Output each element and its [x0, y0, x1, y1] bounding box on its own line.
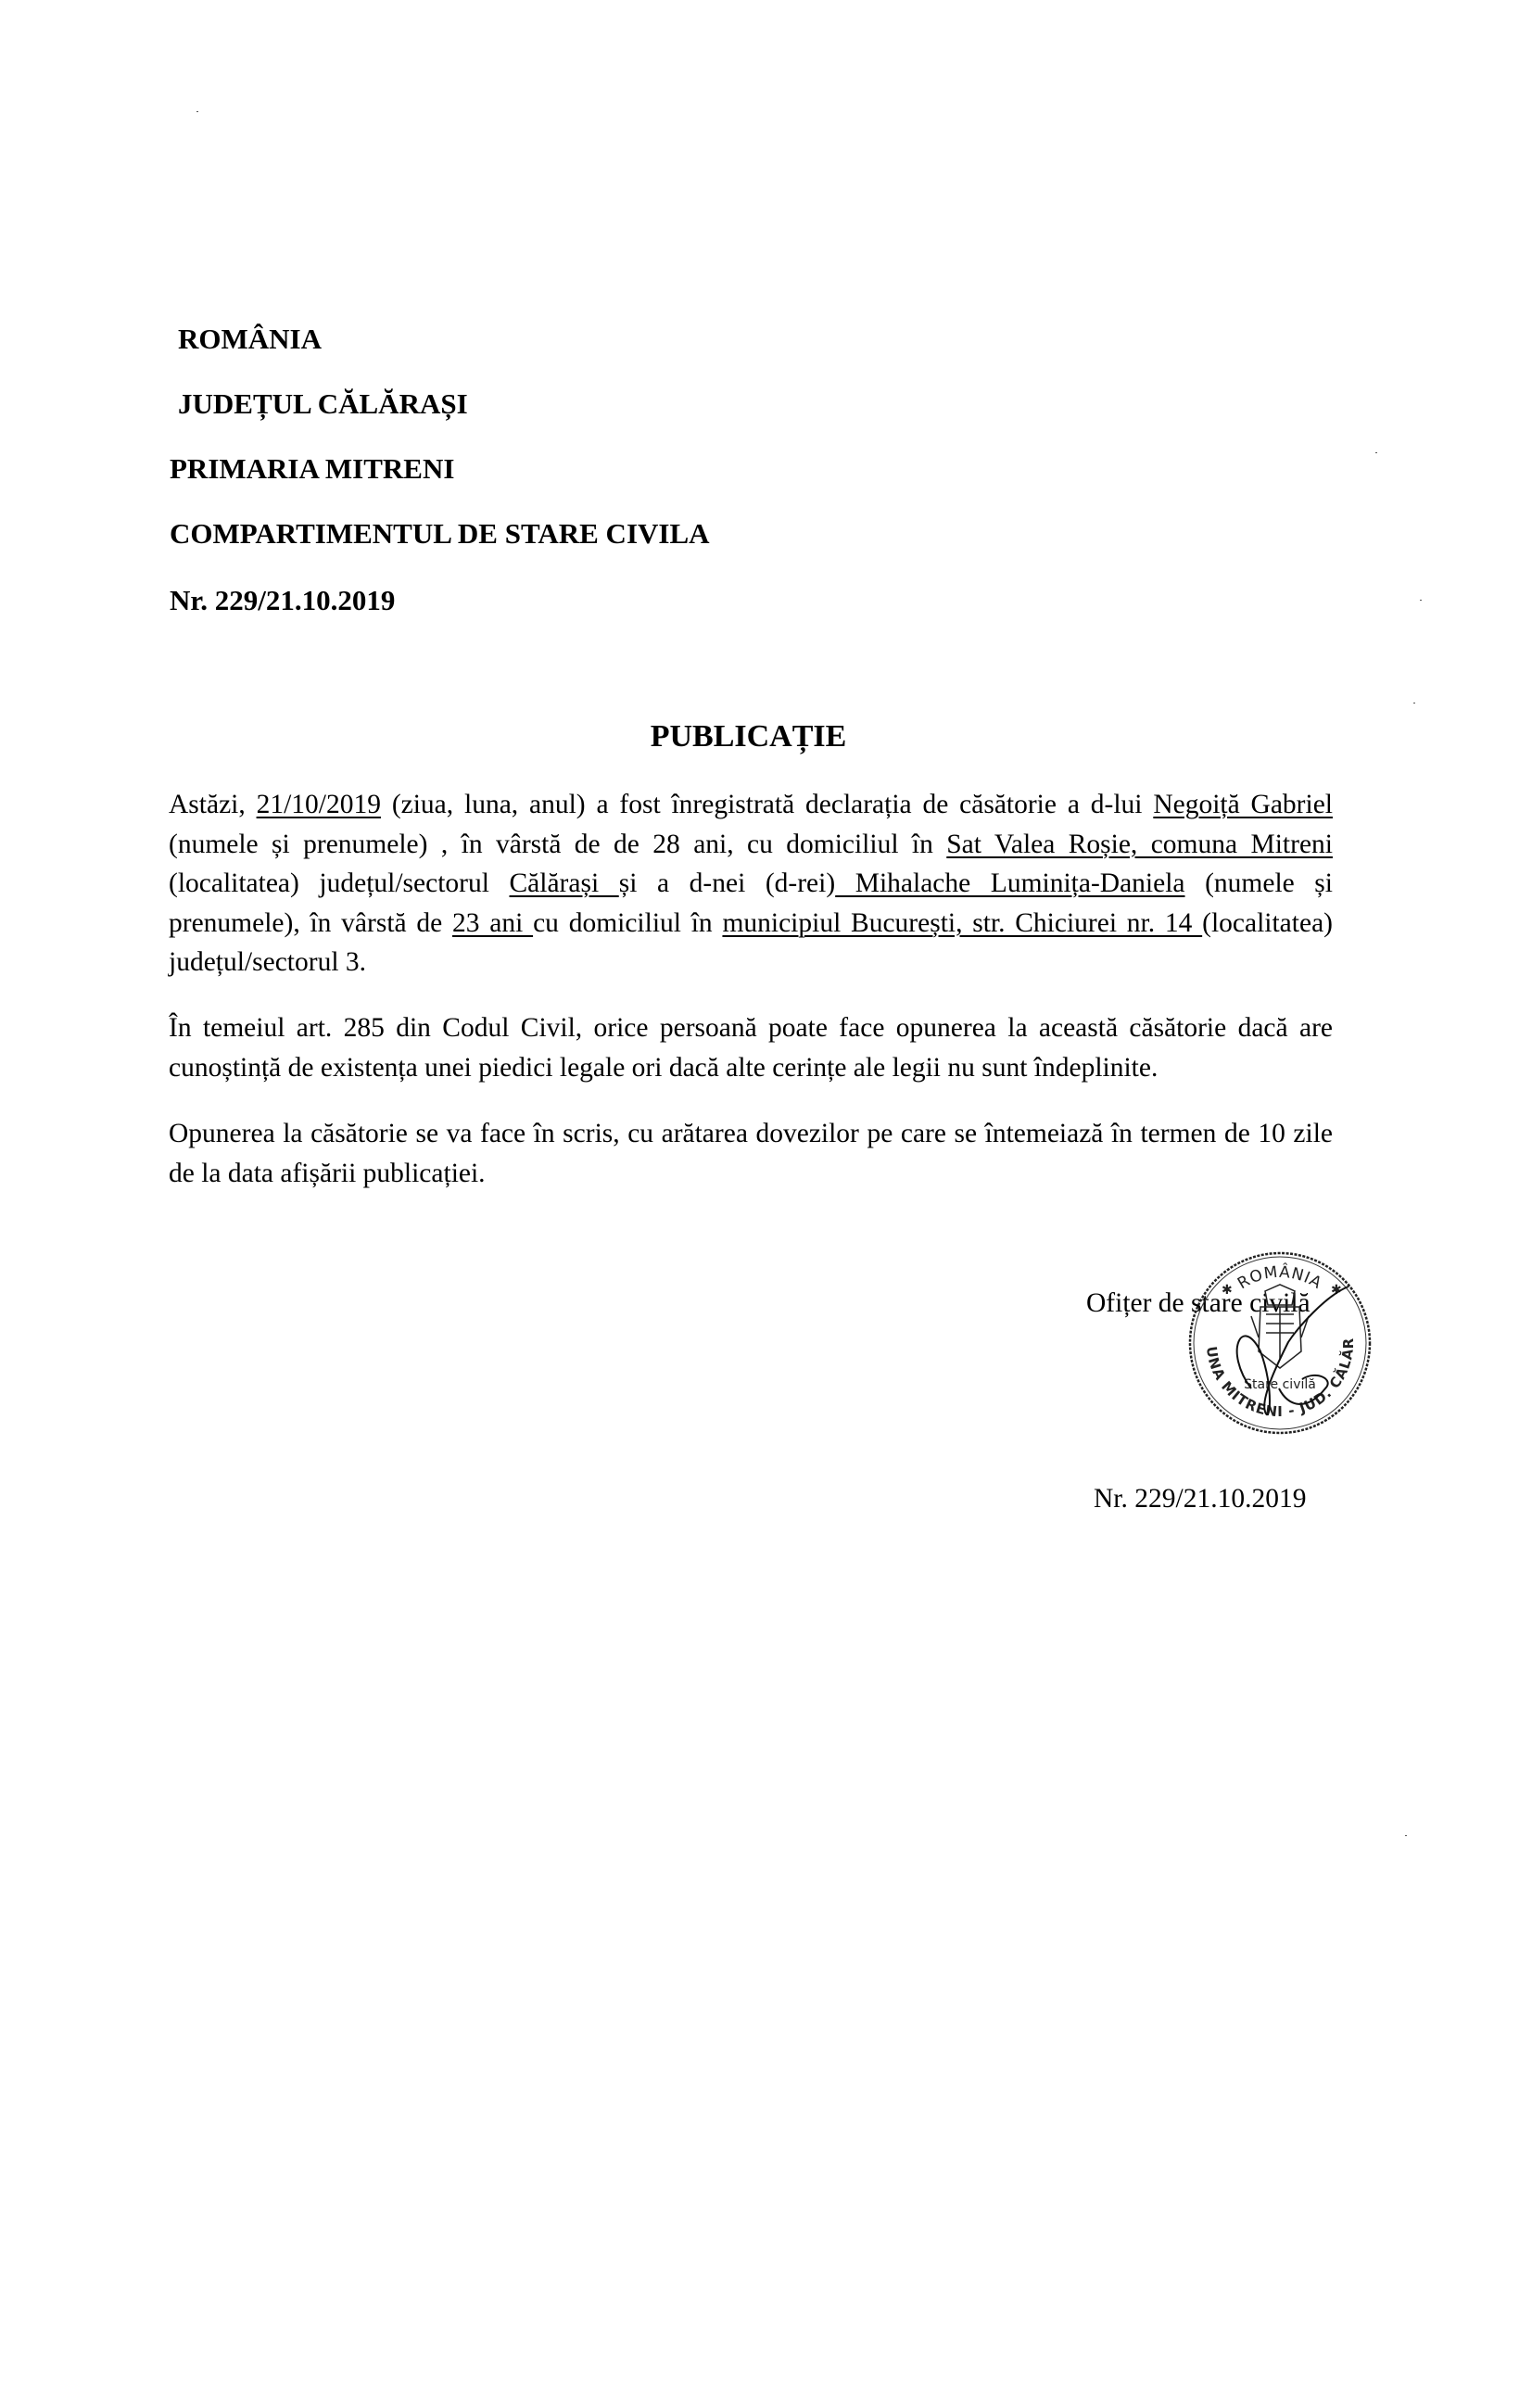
paragraph-text: (ziua, luna, anul) a fost înregistrată d…: [381, 790, 1153, 819]
header-registration-number: Nr. 229/21.10.2019: [170, 586, 395, 615]
filled-field-value: 21/10/2019: [257, 790, 381, 819]
paragraph-legal-basis: În temeiul art. 285 din Codul Civil, ori…: [169, 1008, 1333, 1087]
paragraph-text: (localitatea) județul/sectorul: [169, 868, 510, 898]
filled-field-value: Sat Valea Roșie, comuna Mitreni: [946, 830, 1333, 859]
paragraph-declaration: Astăzi, 21/10/2019 (ziua, luna, anul) a …: [169, 785, 1333, 982]
header-county: JUDEȚUL CĂLĂRAȘI: [178, 389, 468, 418]
paragraph-text: și a d-nei (d-rei): [619, 868, 835, 898]
header-department: COMPARTIMENTUL DE STARE CIVILA: [170, 519, 710, 548]
paragraph-text: (numele și prenumele) , în vârstă de de …: [169, 830, 946, 859]
paragraph-text: cu domiciliul în: [533, 908, 722, 938]
stamp-top-text: ROMÂNIA: [1234, 1261, 1325, 1293]
scan-artifact: [1375, 452, 1377, 453]
scan-artifact: [1420, 600, 1422, 601]
header-country: ROMÂNIA: [178, 324, 322, 353]
filled-field-value: Mihalache Luminița-Daniela: [835, 868, 1184, 898]
svg-text:ROMÂNIA: ROMÂNIA: [1234, 1261, 1325, 1293]
scan-artifact: [196, 111, 198, 112]
document-title: PUBLICAȚIE: [0, 721, 1497, 753]
paragraph-opposition-terms: Opunerea la căsătorie se va face în scri…: [169, 1114, 1333, 1193]
filled-field-value: 23 ani: [452, 908, 533, 938]
footer-registration-number: Nr. 229/21.10.2019: [1094, 1486, 1306, 1514]
official-stamp: ROMÂNIA COMUNA MITRENI - JUD. CĂLĂRAȘI ✱…: [1186, 1249, 1374, 1437]
scan-artifact: [1413, 703, 1415, 703]
paragraph-text: În temeiul art. 285 din Codul Civil, ori…: [169, 1013, 1333, 1083]
star-icon: ✱: [1222, 1284, 1233, 1298]
paragraph-text: Opunerea la căsătorie se va face în scri…: [169, 1119, 1333, 1188]
document-page: ROMÂNIA JUDEȚUL CĂLĂRAȘI PRIMARIA MITREN…: [0, 0, 1532, 2408]
filled-field-value: municipiul București, str. Chiciurei nr.…: [722, 908, 1202, 938]
scan-artifact: [1405, 1835, 1407, 1836]
filled-field-value: Negoiță Gabriel: [1153, 790, 1333, 819]
filled-field-value: Călărași: [510, 868, 619, 898]
paragraph-text: Astăzi,: [169, 790, 257, 819]
header-city-hall: PRIMARIA MITRENI: [170, 454, 454, 483]
